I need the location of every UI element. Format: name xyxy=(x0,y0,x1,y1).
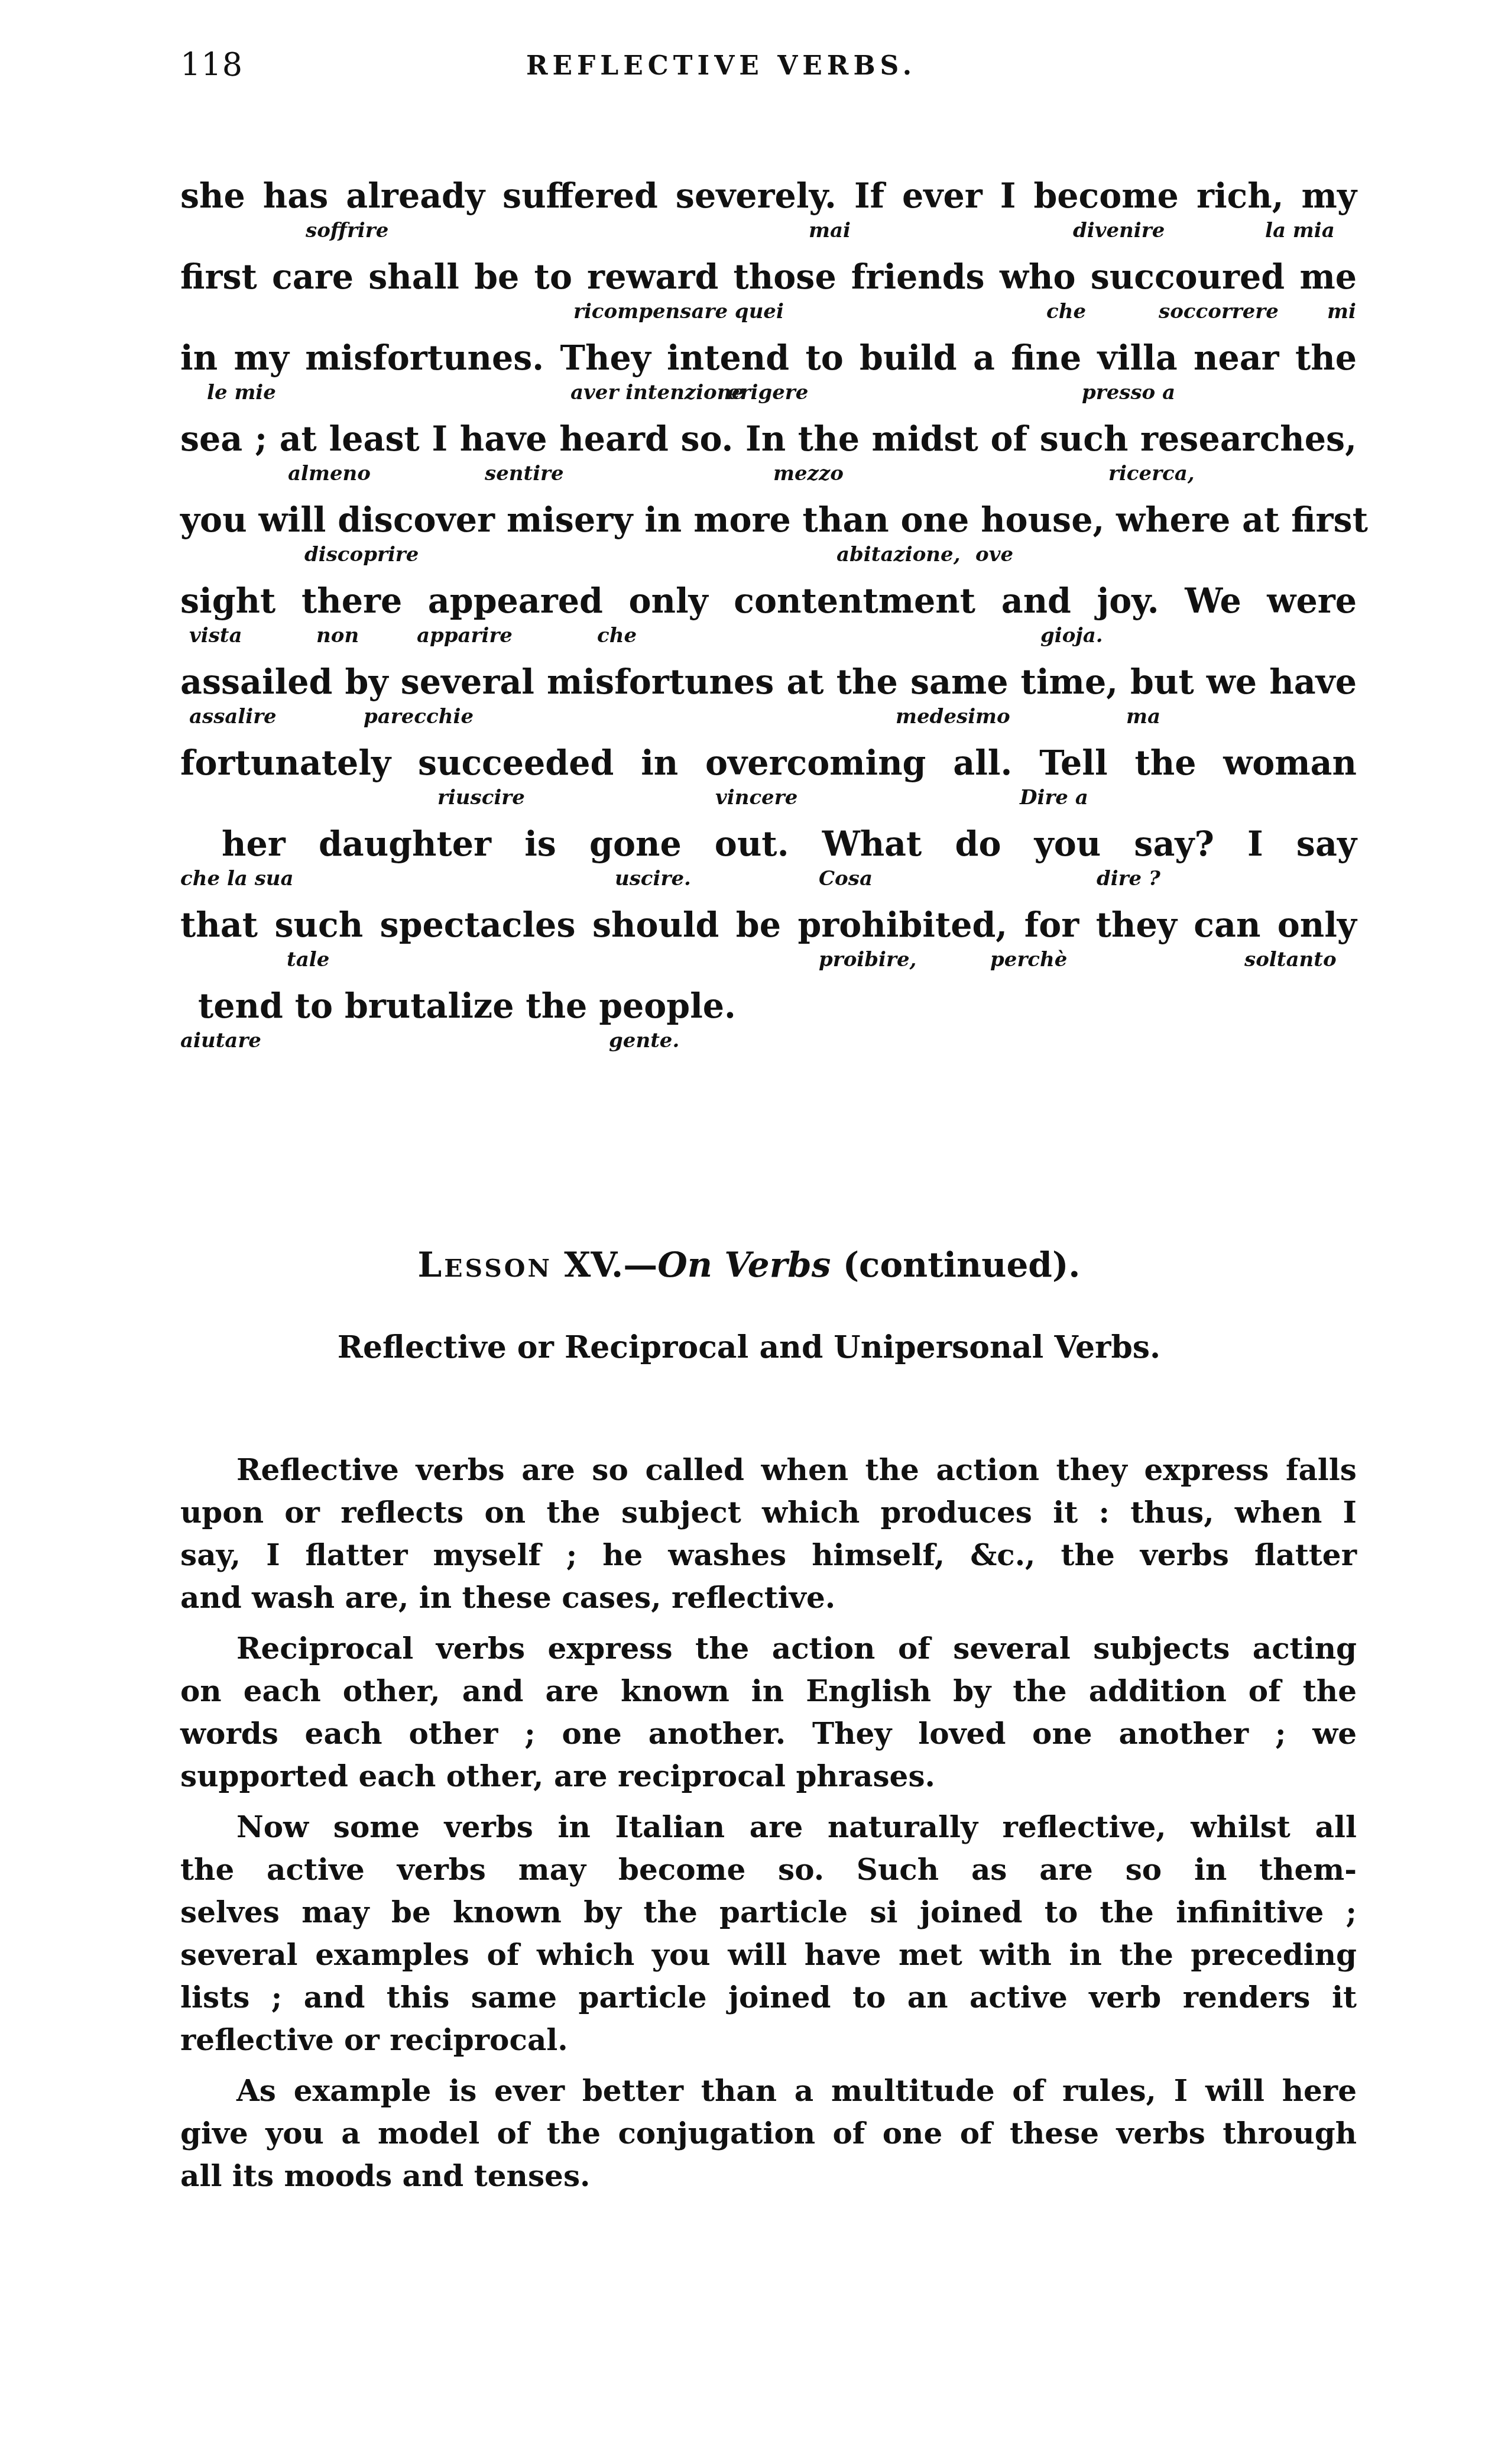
italian-gloss: soltanto xyxy=(1244,948,1337,972)
italian-gloss: mi xyxy=(1327,300,1356,323)
paragraph-line: say, I flatter myself ; he washes himsel… xyxy=(180,1534,1357,1576)
italian-gloss: divenire xyxy=(1073,219,1165,242)
lesson-body: Reflective verbs are so called when the … xyxy=(180,1449,1357,2206)
italian-gloss: che xyxy=(597,624,637,647)
exercise-line: that such spectacles should be prohibite… xyxy=(180,906,1357,944)
lesson-subtitle: Reflective or Reciprocal and Unipersonal… xyxy=(0,1329,1498,1365)
paragraph-line: give you a model of the conjugation of o… xyxy=(180,2112,1357,2155)
paragraph-line: all its moods and tenses. xyxy=(180,2155,1357,2197)
italian-gloss: uscire. xyxy=(615,867,691,891)
exercise-line: assailed by several misfortunes at the s… xyxy=(180,663,1357,701)
paragraph-line: Reflective verbs are so called when the … xyxy=(180,1449,1357,1491)
italian-gloss: Cosa xyxy=(819,867,873,891)
paragraph: Now some verbs in Italian are naturally … xyxy=(180,1806,1357,2061)
italian-gloss: assalire xyxy=(189,705,277,728)
lesson-title-rest: (continued). xyxy=(831,1245,1080,1285)
paragraph-line: lists ; and this same particle joined to… xyxy=(180,1976,1357,2019)
paragraph-line: on each other, and are known in English … xyxy=(180,1670,1357,1712)
italian-gloss: almeno xyxy=(288,462,371,485)
italian-gloss: ricerca, xyxy=(1108,462,1195,485)
paragraph-line: upon or reflects on the subject which pr… xyxy=(180,1491,1357,1534)
paragraph-line: selves may be known by the particle si j… xyxy=(180,1891,1357,1934)
lesson-label: Lesson xyxy=(417,1245,552,1285)
exercise-line: sight there appeared only contentment an… xyxy=(180,582,1357,620)
exercise-line: she has already suffered severely. If ev… xyxy=(180,177,1357,215)
exercise-line: in my misfortunes. They intend to build … xyxy=(180,339,1357,377)
italian-gloss: discoprire xyxy=(304,543,419,566)
italian-gloss: apparire xyxy=(417,624,513,647)
italian-gloss: ricompensare quei xyxy=(573,300,784,323)
italian-gloss: tale xyxy=(287,948,329,972)
italian-gloss: sentire xyxy=(485,462,564,485)
lesson-number: XV.— xyxy=(564,1245,657,1285)
italian-gloss: le mie xyxy=(207,381,276,404)
italian-gloss: abitazione, xyxy=(836,543,961,566)
paragraph-line: reflective or reciprocal. xyxy=(180,2019,1357,2061)
italian-gloss: ma xyxy=(1126,705,1160,728)
paragraph-line: As example is ever better than a multitu… xyxy=(180,2070,1357,2112)
italian-gloss: Dire a xyxy=(1020,786,1088,810)
italian-gloss: presso a xyxy=(1082,381,1175,404)
italian-gloss: soccorrere xyxy=(1159,300,1279,323)
paragraph: Reflective verbs are so called when the … xyxy=(180,1449,1357,1619)
italian-gloss: medesimo xyxy=(896,705,1010,728)
paragraph-line: several examples of which you will have … xyxy=(180,1934,1357,1976)
italian-gloss: parecchie xyxy=(364,705,474,728)
italian-gloss: dire ? xyxy=(1097,867,1160,891)
exercise-line: you will discover misery in more than on… xyxy=(180,501,1357,539)
exercise-line: first care shall be to reward those frie… xyxy=(180,258,1357,296)
italian-gloss: mezzo xyxy=(773,462,844,485)
italian-gloss: che xyxy=(1046,300,1086,323)
paragraph: As example is ever better than a multitu… xyxy=(180,2070,1357,2197)
italian-gloss: la mia xyxy=(1265,219,1335,242)
italian-gloss: perchè xyxy=(990,948,1067,972)
italian-gloss: mai xyxy=(809,219,851,242)
italian-gloss: vista xyxy=(189,624,242,647)
page-number: 118 xyxy=(180,46,243,83)
paragraph-line: words each other ; one another. They lov… xyxy=(180,1712,1357,1755)
exercise-line: fortunately succeeded in overcoming all.… xyxy=(180,744,1357,782)
paragraph-line: Reciprocal verbs express the action of s… xyxy=(180,1627,1357,1670)
exercise-line: sea ; at least I have heard so. In the m… xyxy=(180,420,1357,458)
paragraph-line: and wash are, in these cases, reflective… xyxy=(180,1576,1357,1619)
italian-gloss: erigere xyxy=(727,381,808,404)
italian-gloss: gioja. xyxy=(1040,624,1103,647)
book-page: 118 REFLECTIVE VERBS. she has already su… xyxy=(0,0,1498,2464)
lesson-heading: Lesson XV.—On Verbs (continued). xyxy=(0,1245,1498,1285)
italian-gloss: ove xyxy=(975,543,1013,566)
paragraph-line: supported each other, are reciprocal phr… xyxy=(180,1755,1357,1798)
lesson-title-italic: On Verbs xyxy=(657,1245,831,1285)
italian-gloss: aiutare xyxy=(180,1029,261,1053)
paragraph: Reciprocal verbs express the action of s… xyxy=(180,1627,1357,1798)
paragraph-line: Now some verbs in Italian are naturally … xyxy=(180,1806,1357,1848)
running-title: REFLECTIVE VERBS. xyxy=(526,51,916,81)
italian-gloss: che la sua xyxy=(180,867,294,891)
italian-gloss: aver intenzione xyxy=(570,381,744,404)
paragraph-line: the active verbs may become so. Such as … xyxy=(180,1848,1357,1891)
italian-gloss: vincere xyxy=(715,786,797,810)
exercise-line: her daughter is gone out. What do you sa… xyxy=(222,825,1357,863)
italian-gloss: gente. xyxy=(609,1029,679,1053)
exercise-line: tend to brutalize the people. xyxy=(198,987,1357,1025)
italian-gloss: proibire, xyxy=(819,948,916,972)
italian-gloss: riuscire xyxy=(437,786,525,810)
italian-gloss: non xyxy=(316,624,359,647)
italian-gloss: soffrire xyxy=(306,219,388,242)
